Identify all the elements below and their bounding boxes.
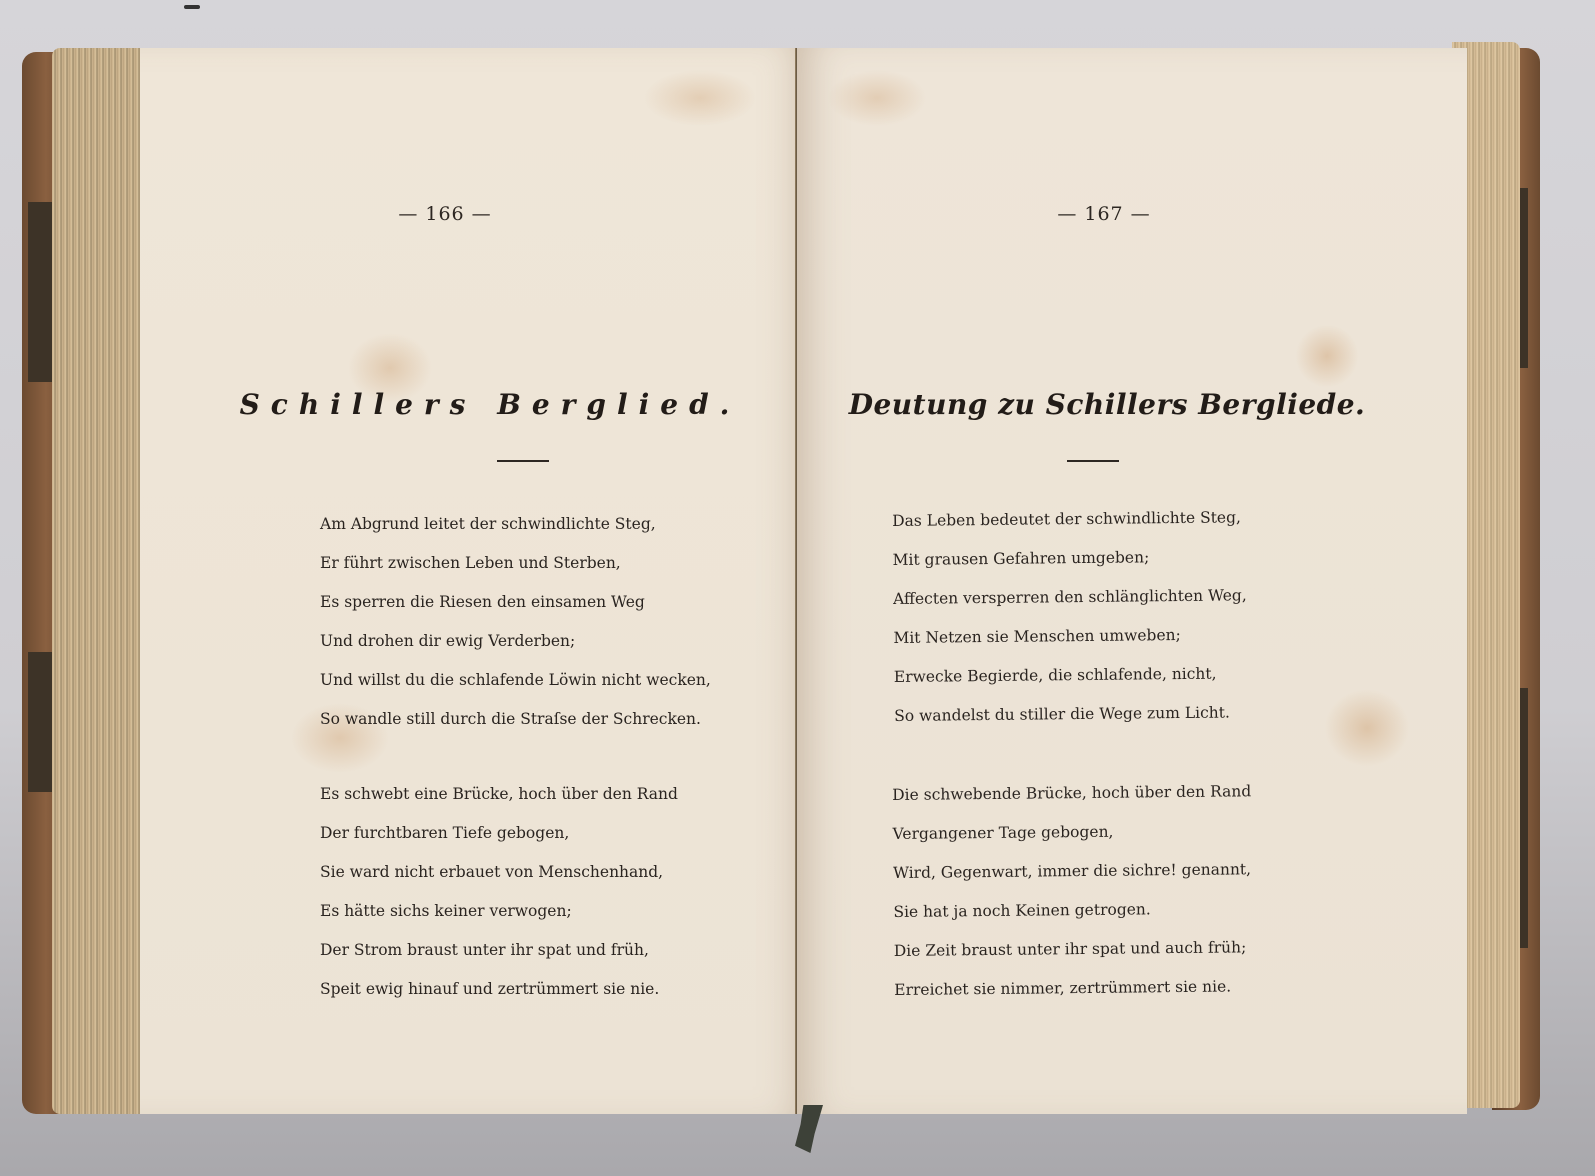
poem-line: Erwecke Begierde, die schlafende, nicht, bbox=[894, 654, 1248, 697]
poem-line: Und drohen dir ewig Verderben; bbox=[320, 622, 711, 661]
poem-line: So wandle still durch die Straſse der Sc… bbox=[320, 700, 711, 739]
poem-line: Und willst du die schlafende Löwin nicht… bbox=[320, 661, 711, 700]
left-page: — 166 — Schillers Berglied. Am Abgrund l… bbox=[140, 48, 810, 1114]
page-number: — 167 — bbox=[769, 203, 1439, 225]
stanza: Es schwebt eine Brücke, hoch über den Ra… bbox=[320, 775, 678, 1009]
poem-title: Deutung zu Schillers Bergliede. bbox=[772, 388, 1442, 421]
stanza: Das Leben bedeutet der schwindlichte Ste… bbox=[892, 498, 1248, 736]
poem-line: Es schwebt eine Brücke, hoch über den Ra… bbox=[320, 775, 678, 814]
right-page: — 167 — Deutung zu Schillers Bergliede. … bbox=[797, 48, 1467, 1114]
title-rule bbox=[1067, 460, 1119, 462]
poem-line: Der furchtbaren Tiefe gebogen, bbox=[320, 814, 678, 853]
stanza: Die schwebende Brücke, hoch über den Ran… bbox=[892, 772, 1253, 1010]
poem-line: Mit Netzen sie Menschen umweben; bbox=[893, 615, 1247, 658]
poem-line: Erreichet sie nimmer, zertrümmert sie ni… bbox=[894, 967, 1253, 1010]
poem-line: Es hätte sichs keiner verwogen; bbox=[320, 892, 678, 931]
poem-line: Wird, Gegenwart, immer die sichre! genan… bbox=[893, 850, 1252, 893]
poem-line: Der Strom braust unter ihr spat und früh… bbox=[320, 931, 678, 970]
scan-mark bbox=[184, 5, 200, 9]
poem-line: Mit grausen Gefahren umgeben; bbox=[892, 537, 1246, 580]
poem-line: Er führt zwischen Leben und Sterben, bbox=[320, 544, 711, 583]
poem-title: Schillers Berglied. bbox=[155, 388, 825, 421]
poem-line: Speit ewig hinauf und zertrümmert sie ni… bbox=[320, 970, 678, 1009]
open-book: — 166 — Schillers Berglied. Am Abgrund l… bbox=[22, 40, 1542, 1118]
poem-line: Sie hat ja noch Keinen getrogen. bbox=[893, 889, 1252, 932]
poem-line: Vergangener Tage gebogen, bbox=[892, 811, 1251, 854]
page-number: — 166 — bbox=[110, 203, 780, 225]
poem-line: Die Zeit braust unter ihr spat und auch … bbox=[894, 928, 1253, 971]
stanza: Am Abgrund leitet der schwindlichte Steg… bbox=[320, 505, 711, 739]
poem-line: Am Abgrund leitet der schwindlichte Steg… bbox=[320, 505, 711, 544]
poem-line: Die schwebende Brücke, hoch über den Ran… bbox=[892, 772, 1251, 815]
poem-line: So wandelst du stiller die Wege zum Lich… bbox=[894, 693, 1248, 736]
title-rule bbox=[497, 460, 549, 462]
poem-line: Affecten versperren den schlänglichten W… bbox=[893, 576, 1247, 619]
poem-line: Sie ward nicht erbauet von Menschenhand, bbox=[320, 853, 678, 892]
poem-line: Das Leben bedeutet der schwindlichte Ste… bbox=[892, 498, 1246, 541]
poem-line: Es sperren die Riesen den einsamen Weg bbox=[320, 583, 711, 622]
